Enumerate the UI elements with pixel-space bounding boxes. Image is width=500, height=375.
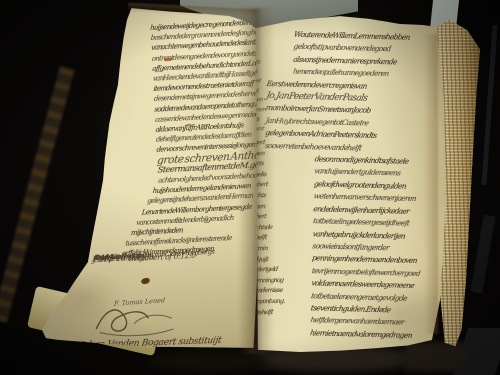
year-mark: 1679 [50,342,68,351]
photo-scene: huijs ende weijde gecregen onder denbosc… [0,0,500,375]
background-streak [481,25,497,185]
manuscript-line: hier niet naer ad valorem gedragen [309,327,417,342]
fore-edge-stain [424,34,438,334]
book-gutter [238,8,274,354]
account-amount: ƒ 0:18:12 [93,253,118,264]
deckle-edge-stain [0,66,74,323]
right-page-text: Wouter ende Willem Lemmens hebbengelooft… [260,28,424,342]
right-page: onder onshet blijckvan de wetmede totden… [254,12,446,354]
book-shadow [148,352,268,372]
background-streak [470,215,495,294]
left-page: huijs ende weijde gecregen onder denbosc… [36,6,258,352]
ink-blot [140,277,150,285]
book-shadow [405,342,465,372]
